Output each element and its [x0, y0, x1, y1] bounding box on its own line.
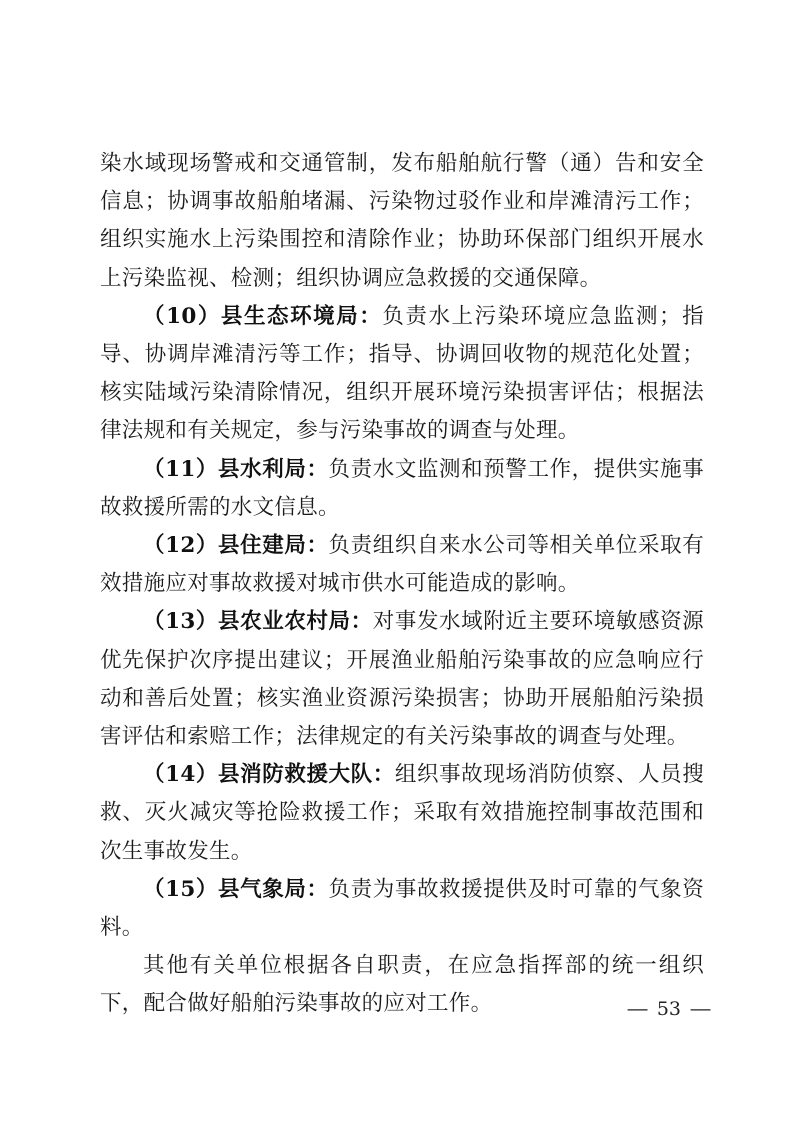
paragraph-dept-13-agriculture-rural-bureau: （13）县农业农村局：对事发水域附近主要环境敏感资源优先保护次序提出建议；开展渔…	[100, 603, 704, 756]
page-number-value: 53	[657, 998, 681, 1020]
page-number: — 53 —	[628, 998, 710, 1020]
document-page: 染水域现场警戒和交通管制，发布船舶航行警（通）告和安全信息；协调事故船舶堵漏、污…	[0, 0, 793, 1122]
paragraph-text: 其他有关单位根据各自职责，在应急指挥部的统一组织下，配合做好船舶污染事故的应对工…	[100, 953, 704, 1016]
paragraph-dept-14-fire-rescue-brigade: （14）县消防救援大队：组织事故现场消防侦察、人员搜救、灭火减灾等抢险救援工作；…	[100, 756, 704, 871]
page-number-dash-left: —	[626, 998, 648, 1020]
body-text: 染水域现场警戒和交通管制，发布船舶航行警（通）告和安全信息；协调事故船舶堵漏、污…	[100, 145, 704, 1024]
dept-label-11: （11）县水利局：	[143, 457, 329, 482]
dept-label-12: （12）县住建局：	[143, 533, 329, 558]
page-number-dash-right: —	[690, 998, 712, 1020]
dept-label-10: （10）县生态环境局：	[143, 304, 382, 329]
paragraph-text: 染水域现场警戒和交通管制，发布船舶航行警（通）告和安全信息；协调事故船舶堵漏、污…	[100, 151, 704, 291]
dept-label-15: （15）县气象局：	[143, 877, 329, 902]
paragraph-dept-11-water-resources-bureau: （11）县水利局：负责水文监测和预警工作，提供实施事故救援所需的水文信息。	[100, 451, 704, 527]
dept-label-13: （13）县农业农村局：	[143, 609, 373, 634]
paragraph-dept-12-housing-construction-bureau: （12）县住建局：负责组织自来水公司等相关单位采取有效措施应对事故救援对城市供水…	[100, 527, 704, 603]
dept-label-14: （14）县消防救援大队：	[143, 762, 395, 787]
paragraph-dept-15-meteorological-bureau: （15）县气象局：负责为事故救援提供及时可靠的气象资料。	[100, 871, 704, 947]
paragraph-other-units: 其他有关单位根据各自职责，在应急指挥部的统一组织下，配合做好船舶污染事故的应对工…	[100, 947, 704, 1023]
paragraph-continuation: 染水域现场警戒和交通管制，发布船舶航行警（通）告和安全信息；协调事故船舶堵漏、污…	[100, 145, 704, 298]
paragraph-dept-10-ecology-environment-bureau: （10）县生态环境局：负责水上污染环境应急监测；指导、协调岸滩清污等工作；指导、…	[100, 298, 704, 451]
